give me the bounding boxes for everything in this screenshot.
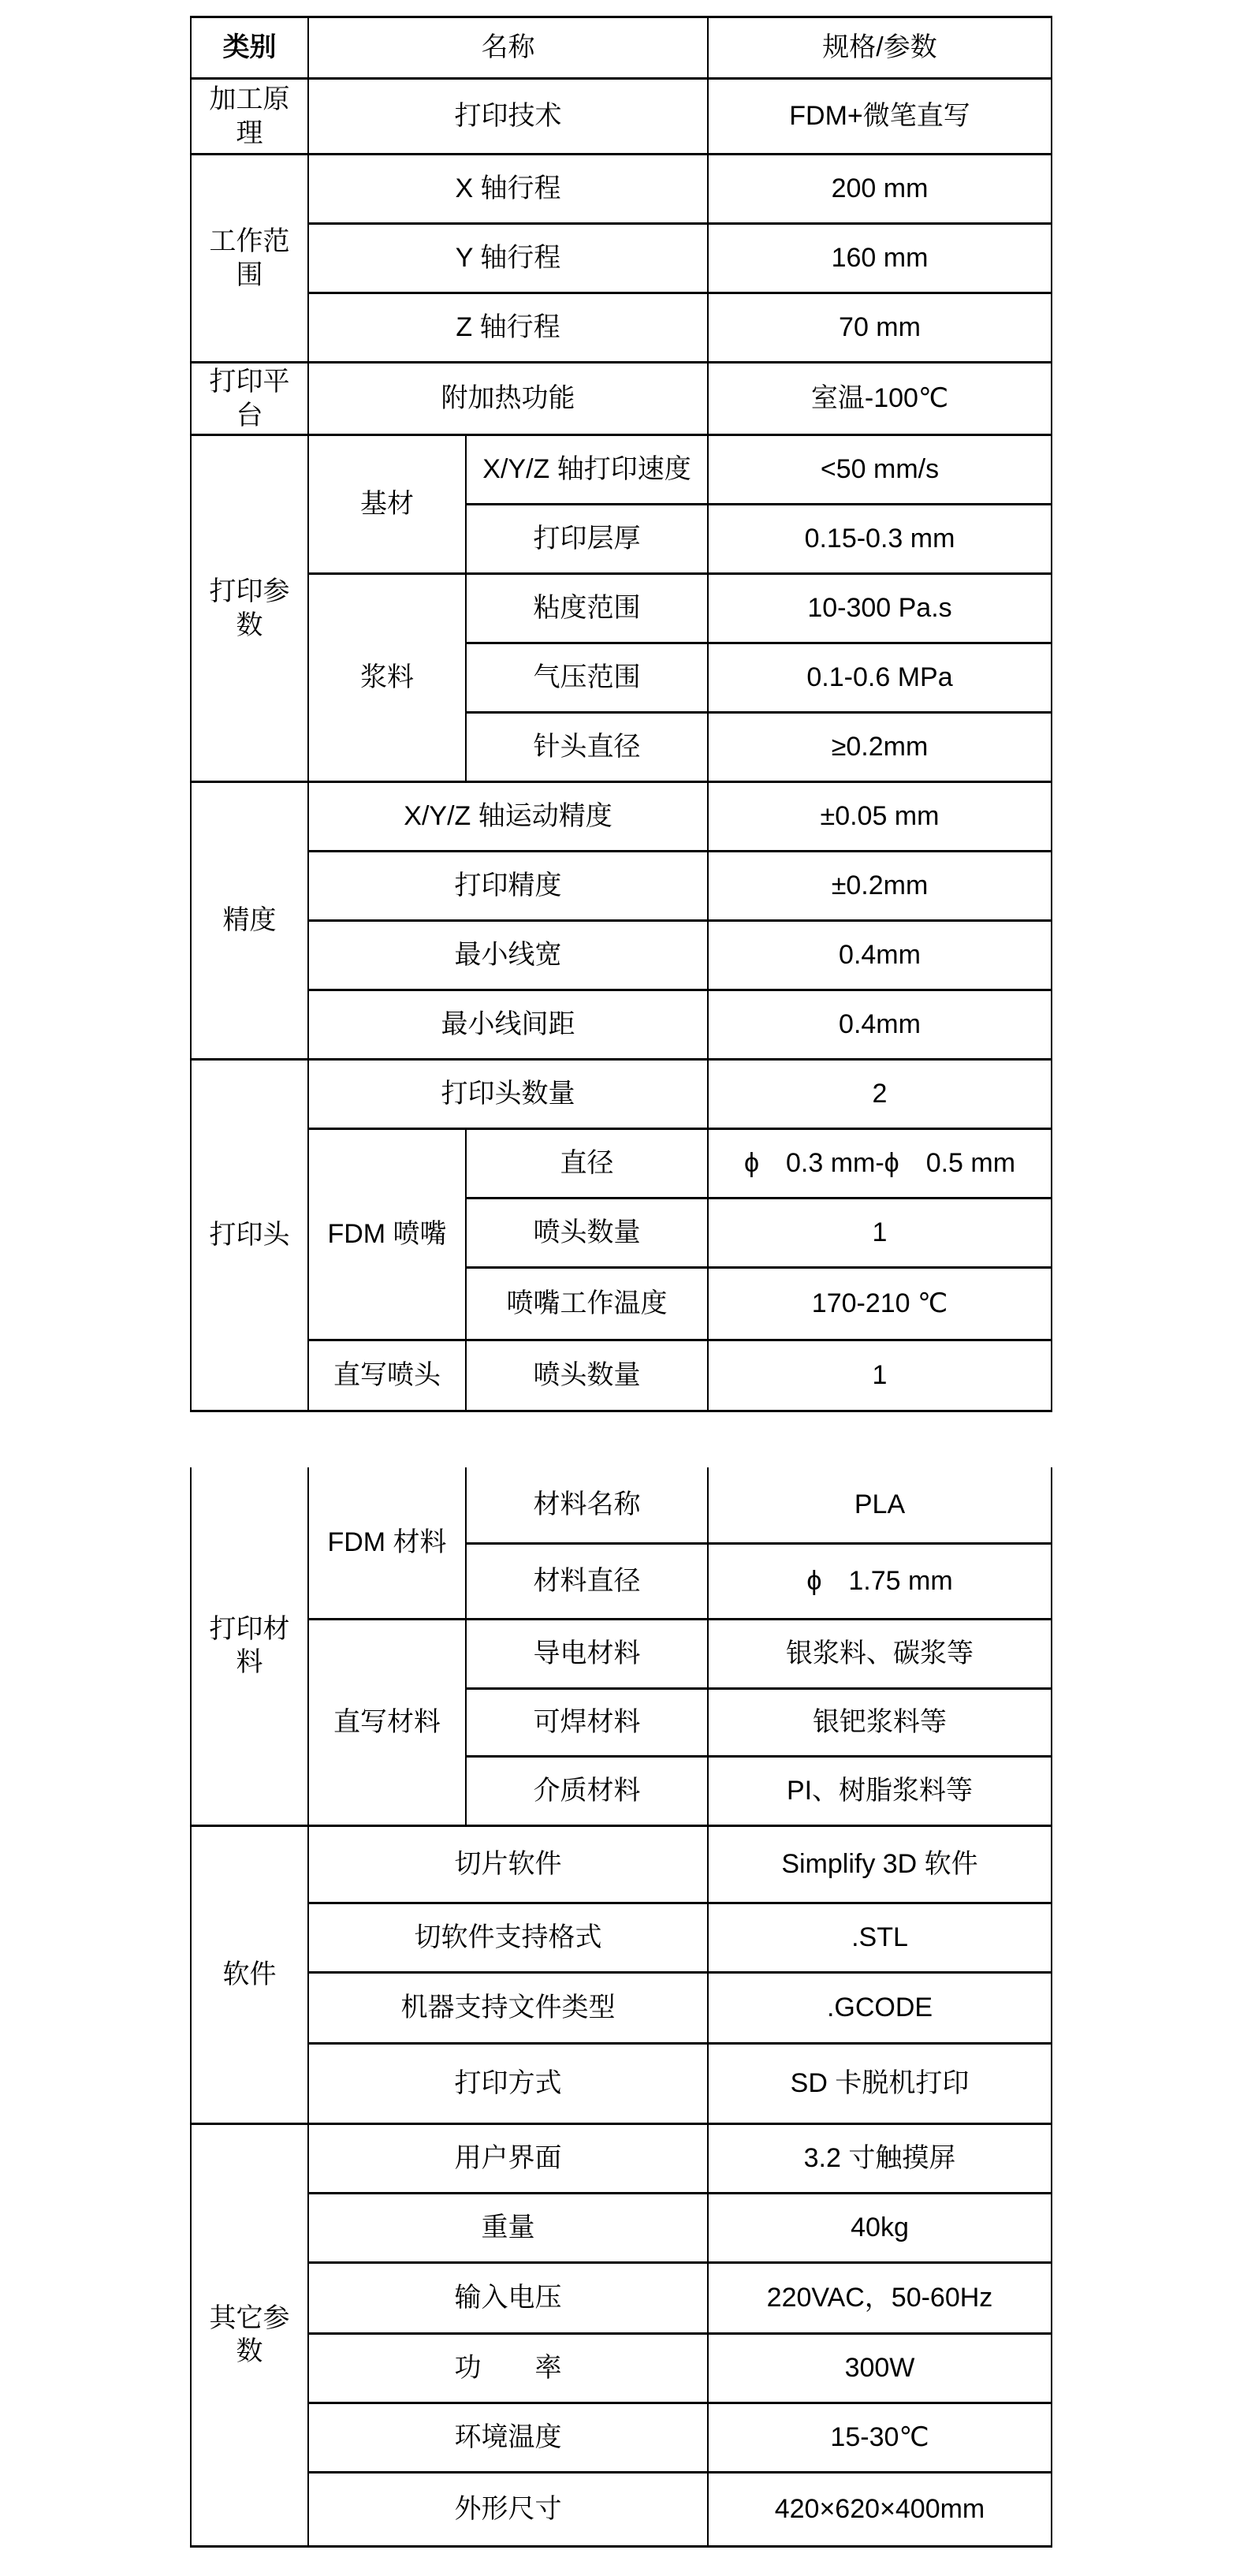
spec-name-cell: 介质材料	[466, 1756, 708, 1825]
spec-name-cell: 喷头数量	[466, 1199, 708, 1268]
spec-value-cell: 2	[708, 1060, 1052, 1129]
spec-value-cell: 3.2 寸触摸屏	[708, 2123, 1052, 2193]
spec-value-cell: 室温-100℃	[708, 363, 1052, 435]
spec-name-cell: 材料直径	[466, 1543, 708, 1619]
spec-value-cell: 70 mm	[708, 293, 1052, 363]
spec-value-cell: 160 mm	[708, 224, 1052, 293]
spec-value-cell: 0.15-0.3 mm	[708, 505, 1052, 574]
category-cell-precision: 精度	[191, 782, 308, 1060]
spec-name-cell: 切片软件	[308, 1825, 708, 1903]
table-row: Z 轴行程 70 mm	[191, 293, 1052, 363]
spec-name-cell: 针头直径	[466, 713, 708, 782]
spec-value-cell: 银钯浆料等	[708, 1688, 1052, 1756]
spec-value-cell: ±0.2mm	[708, 852, 1052, 921]
spec-name-cell: 直径	[466, 1129, 708, 1199]
group-cell-direct-write-nozzle: 直写喷头	[308, 1340, 466, 1411]
spec-name-cell: 喷头数量	[466, 1340, 708, 1411]
spec-name-cell: 气压范围	[466, 643, 708, 713]
table-row: 打印精度 ±0.2mm	[191, 852, 1052, 921]
spec-name-cell: X/Y/Z 轴运动精度	[308, 782, 708, 852]
spec-value-cell: 银浆料、碳浆等	[708, 1619, 1052, 1688]
spec-value-cell: FDM+微笔直写	[708, 79, 1052, 155]
spec-table-lower: 打印材料 FDM 材料 材料名称 PLA 材料直径 ϕ 1.75 mm 直写材料…	[190, 1467, 1052, 2548]
table-row: 精度 X/Y/Z 轴运动精度 ±0.05 mm	[191, 782, 1052, 852]
table-row: 环境温度 15-30℃	[191, 2403, 1052, 2472]
table-row: 打印参数 基材 X/Y/Z 轴打印速度 <50 mm/s	[191, 435, 1052, 505]
spec-value-cell: ϕ 0.3 mm-ϕ 0.5 mm	[708, 1129, 1052, 1199]
table-row: 切软件支持格式 .STL	[191, 1903, 1052, 1972]
spec-table-upper: 类别 名称 规格/参数 加工原理 打印技术 FDM+微笔直写 工作范围 X 轴行…	[190, 16, 1052, 1412]
table-header-row: 类别 名称 规格/参数	[191, 17, 1052, 79]
spec-value-cell: <50 mm/s	[708, 435, 1052, 505]
spec-value-cell: ≥0.2mm	[708, 713, 1052, 782]
category-cell-work-range: 工作范围	[191, 155, 308, 363]
table-row: 打印方式 SD 卡脱机打印	[191, 2043, 1052, 2123]
category-cell-other-parameters: 其它参数	[191, 2123, 308, 2546]
spec-name-cell: 打印头数量	[308, 1060, 708, 1129]
spec-name-cell: 重量	[308, 2193, 708, 2262]
table-row: 最小线宽 0.4mm	[191, 921, 1052, 990]
group-cell-fdm-nozzle: FDM 喷嘴	[308, 1129, 466, 1340]
category-cell-print-parameters: 打印参数	[191, 435, 308, 782]
spec-name-cell: 可焊材料	[466, 1688, 708, 1756]
spec-value-cell: 1	[708, 1340, 1052, 1411]
spec-name-cell: 外形尺寸	[308, 2472, 708, 2546]
spec-name-cell: 打印层厚	[466, 505, 708, 574]
spec-value-cell: PI、树脂浆料等	[708, 1756, 1052, 1825]
spec-name-cell: 打印精度	[308, 852, 708, 921]
table-row: 外形尺寸 420×620×400mm	[191, 2472, 1052, 2546]
table-row: 重量 40kg	[191, 2193, 1052, 2262]
spec-name-cell: 导电材料	[466, 1619, 708, 1688]
spec-name-cell: 机器支持文件类型	[308, 1972, 708, 2043]
spec-value-cell: .STL	[708, 1903, 1052, 1972]
spec-value-cell: 10-300 Pa.s	[708, 574, 1052, 643]
table-row: 直写喷头 喷头数量 1	[191, 1340, 1052, 1411]
spec-value-cell: 420×620×400mm	[708, 2472, 1052, 2546]
spec-value-cell: 300W	[708, 2333, 1052, 2403]
spec-name-cell: 附加热功能	[308, 363, 708, 435]
table-row: 最小线间距 0.4mm	[191, 990, 1052, 1060]
spec-value-cell: 0.1-0.6 MPa	[708, 643, 1052, 713]
spec-value-cell: 1	[708, 1199, 1052, 1268]
spec-name-cell: 喷嘴工作温度	[466, 1268, 708, 1340]
spec-name-cell: 环境温度	[308, 2403, 708, 2472]
spec-name-cell: 最小线宽	[308, 921, 708, 990]
category-cell-print-materials: 打印材料	[191, 1467, 308, 1825]
spec-value-cell: .GCODE	[708, 1972, 1052, 2043]
table-row: 其它参数 用户界面 3.2 寸触摸屏	[191, 2123, 1052, 2193]
spec-name-cell: Z 轴行程	[308, 293, 708, 363]
group-cell-paste: 浆料	[308, 574, 466, 782]
spec-sheet-page: 类别 名称 规格/参数 加工原理 打印技术 FDM+微笔直写 工作范围 X 轴行…	[0, 0, 1251, 2576]
spec-name-cell: Y 轴行程	[308, 224, 708, 293]
spec-name-cell: 功 率	[308, 2333, 708, 2403]
table-row: 加工原理 打印技术 FDM+微笔直写	[191, 79, 1052, 155]
category-cell-print-platform: 打印平台	[191, 363, 308, 435]
table-row: 浆料 粘度范围 10-300 Pa.s	[191, 574, 1052, 643]
spec-name-cell: 粘度范围	[466, 574, 708, 643]
group-cell-direct-write-material: 直写材料	[308, 1619, 466, 1825]
spec-value-cell: SD 卡脱机打印	[708, 2043, 1052, 2123]
spec-value-cell: Simplify 3D 软件	[708, 1825, 1052, 1903]
spec-name-cell: X/Y/Z 轴打印速度	[466, 435, 708, 505]
category-cell-software: 软件	[191, 1825, 308, 2123]
spec-value-cell: 220VAC，50-60Hz	[708, 2262, 1052, 2333]
spec-name-cell: 打印方式	[308, 2043, 708, 2123]
spec-name-cell: 打印技术	[308, 79, 708, 155]
table-row: 软件 切片软件 Simplify 3D 软件	[191, 1825, 1052, 1903]
group-cell-substrate: 基材	[308, 435, 466, 574]
table-row: 功 率 300W	[191, 2333, 1052, 2403]
table-row: 工作范围 X 轴行程 200 mm	[191, 155, 1052, 224]
header-name-cell: 名称	[308, 17, 708, 79]
table-row: 打印材料 FDM 材料 材料名称 PLA	[191, 1467, 1052, 1543]
spec-value-cell: 0.4mm	[708, 990, 1052, 1060]
table-row: FDM 喷嘴 直径 ϕ 0.3 mm-ϕ 0.5 mm	[191, 1129, 1052, 1199]
spec-value-cell: PLA	[708, 1467, 1052, 1543]
spec-value-cell: ϕ 1.75 mm	[708, 1543, 1052, 1619]
category-cell-print-head: 打印头	[191, 1060, 308, 1411]
spec-name-cell: 切软件支持格式	[308, 1903, 708, 1972]
spec-name-cell: 用户界面	[308, 2123, 708, 2193]
header-category-cell: 类别	[191, 17, 308, 79]
spec-name-cell: 输入电压	[308, 2262, 708, 2333]
table-row: 打印头 打印头数量 2	[191, 1060, 1052, 1129]
category-cell-processing-principle: 加工原理	[191, 79, 308, 155]
spec-value-cell: 200 mm	[708, 155, 1052, 224]
spec-name-cell: 最小线间距	[308, 990, 708, 1060]
spec-name-cell: 材料名称	[466, 1467, 708, 1543]
spec-value-cell: 0.4mm	[708, 921, 1052, 990]
spec-name-cell: X 轴行程	[308, 155, 708, 224]
table-row: 机器支持文件类型 .GCODE	[191, 1972, 1052, 2043]
table-row: 直写材料 导电材料 银浆料、碳浆等	[191, 1619, 1052, 1688]
spec-value-cell: 15-30℃	[708, 2403, 1052, 2472]
spec-value-cell: 40kg	[708, 2193, 1052, 2262]
table-row: 输入电压 220VAC，50-60Hz	[191, 2262, 1052, 2333]
header-spec-cell: 规格/参数	[708, 17, 1052, 79]
spec-value-cell: 170-210 ℃	[708, 1268, 1052, 1340]
table-row: 打印平台 附加热功能 室温-100℃	[191, 363, 1052, 435]
table-row: Y 轴行程 160 mm	[191, 224, 1052, 293]
spec-value-cell: ±0.05 mm	[708, 782, 1052, 852]
group-cell-fdm-material: FDM 材料	[308, 1467, 466, 1619]
